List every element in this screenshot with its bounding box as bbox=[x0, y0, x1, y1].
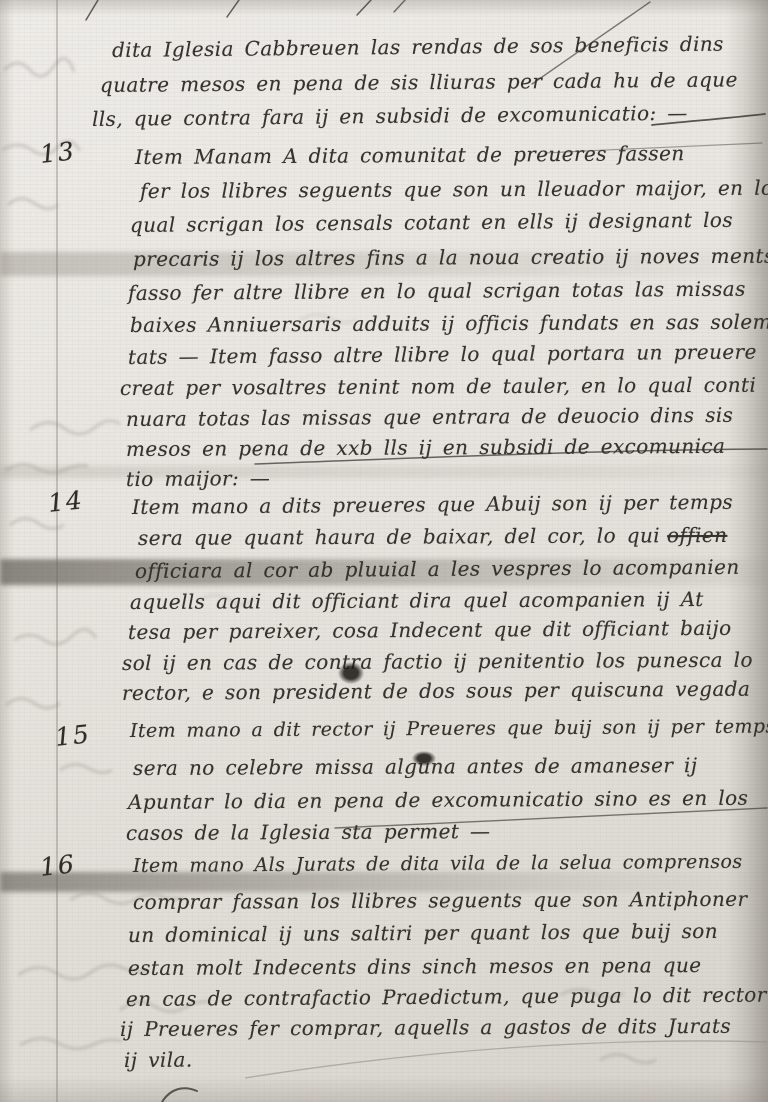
manuscript-line-text: baixes Anniuersaris adduits ij officis f… bbox=[130, 310, 768, 337]
struck-word: offien bbox=[667, 523, 727, 547]
manuscript-line: comprar fassan los llibres seguents que … bbox=[133, 887, 748, 914]
manuscript-line: nuara totas las missas que entrara de de… bbox=[126, 403, 733, 431]
manuscript-line-text: fer los llibres seguents que son un lleu… bbox=[140, 176, 768, 203]
margin-item-number-16: 16 bbox=[39, 849, 78, 882]
manuscript-line-text: dita Iglesia Cabbreuen las rendas de sos… bbox=[112, 32, 724, 62]
manuscript-line-text: Item mano Als Jurats de dita vila de la … bbox=[133, 851, 743, 877]
manuscript-line: lls, que contra fara ij en subsidi de ex… bbox=[92, 101, 688, 131]
manuscript-line: precaris ij los altres fins a la noua cr… bbox=[133, 244, 768, 271]
manuscript-line-text: rector, e son president de dos sous per … bbox=[122, 677, 750, 705]
manuscript-line: quatre mesos en pena de sis lliuras per … bbox=[100, 67, 738, 97]
manuscript-line-text: sera que quant haura de baixar, del cor,… bbox=[138, 523, 660, 550]
manuscript-line-text: sol ij en cas de contra factio ij penite… bbox=[122, 648, 753, 675]
manuscript-line: Item Manam A dita comunitat de preueres … bbox=[135, 141, 685, 169]
page-edge-shadow-top bbox=[0, 0, 768, 16]
manuscript-line-text: mesos en pena de xxb lls ij en subsidi d… bbox=[126, 434, 725, 461]
manuscript-line-text: quatre mesos en pena de sis lliuras per … bbox=[100, 67, 738, 97]
manuscript-line: tio maijor: — bbox=[126, 466, 270, 491]
manuscript-line: estan molt Indecents dins sinch mesos en… bbox=[128, 953, 702, 980]
manuscript-line-text: un dominical ij uns saltiri per quant lo… bbox=[128, 919, 718, 947]
fold-shadow-mid-light bbox=[0, 466, 768, 478]
manuscript-line-text: precaris ij los altres fins a la noua cr… bbox=[133, 244, 768, 271]
manuscript-line-text: creat per vosaltres tenint nom de tauler… bbox=[120, 373, 756, 400]
manuscript-line-text: lls, que contra fara ij en subsidi de ex… bbox=[92, 101, 688, 131]
manuscript-line: rector, e son president de dos sous per … bbox=[122, 677, 750, 705]
manuscript-line: en cas de contrafactio Praedictum, que p… bbox=[126, 983, 767, 1011]
manuscript-line-text: Item mano a dit rector ij Preueres que b… bbox=[130, 715, 768, 742]
manuscript-line: casos de la Iglesia sta permet — bbox=[126, 819, 491, 845]
manuscript-line-text: ij Preueres fer comprar, aquells a gasto… bbox=[120, 1014, 731, 1041]
manuscript-line-text: casos de la Iglesia sta permet — bbox=[126, 819, 491, 845]
margin-item-number-15: 15 bbox=[54, 719, 93, 752]
manuscript-line-text: comprar fassan los llibres seguents que … bbox=[133, 887, 748, 914]
manuscript-line: dita Iglesia Cabbreuen las rendas de sos… bbox=[112, 32, 724, 62]
manuscript-line: tesa per pareixer, cosa Indecent que dit… bbox=[128, 616, 732, 644]
manuscript-line-text: officiara al cor ab pluuial a les vespre… bbox=[135, 555, 740, 583]
manuscript-line: tats — Item fasso altre llibre lo qual p… bbox=[128, 340, 757, 369]
manuscript-line: qual scrigan los censals cotant en ells … bbox=[130, 208, 733, 237]
manuscript-line-text: tats — Item fasso altre llibre lo qual p… bbox=[128, 340, 757, 369]
manuscript-line-text: tesa per pareixer, cosa Indecent que dit… bbox=[128, 616, 732, 644]
manuscript-line-text: ij vila. bbox=[124, 1048, 193, 1072]
manuscript-line: fasso fer altre llibre en lo qual scriga… bbox=[128, 277, 746, 305]
manuscript-line: Apuntar lo dia en pena de excomunicatio … bbox=[128, 786, 748, 814]
manuscript-line: un dominical ij uns saltiri per quant lo… bbox=[128, 919, 718, 947]
manuscript-line: sol ij en cas de contra factio ij penite… bbox=[122, 648, 753, 675]
manuscript-line: ij vila. bbox=[124, 1048, 193, 1072]
manuscript-line-text: qual scrigan los censals cotant en ells … bbox=[130, 208, 733, 237]
manuscript-line: Item mano a dit rector ij Preueres que b… bbox=[130, 715, 768, 742]
manuscript-line: baixes Anniuersaris adduits ij officis f… bbox=[130, 310, 768, 337]
page-edge-shadow-left bbox=[0, 0, 14, 1102]
manuscript-page: 13 14 15 16 dita Iglesia Cabbreuen las r… bbox=[0, 0, 768, 1102]
manuscript-line: officiara al cor ab pluuial a les vespre… bbox=[135, 555, 740, 583]
margin-item-number-13: 13 bbox=[39, 136, 78, 169]
manuscript-line: fer los llibres seguents que son un lleu… bbox=[140, 176, 768, 203]
bottom-crease-line bbox=[245, 1041, 767, 1078]
manuscript-line-text: Item mano a dits preueres que Abuij son … bbox=[132, 490, 733, 519]
manuscript-line: Item mano Als Jurats de dita vila de la … bbox=[133, 851, 743, 877]
manuscript-line-text: en cas de contrafactio Praedictum, que p… bbox=[126, 983, 767, 1011]
page-edge-shadow-bottom bbox=[0, 1076, 768, 1102]
manuscript-line: Item mano a dits preueres que Abuij son … bbox=[132, 490, 733, 519]
manuscript-line-text: estan molt Indecents dins sinch mesos en… bbox=[128, 953, 702, 980]
manuscript-line: mesos en pena de xxb lls ij en subsidi d… bbox=[126, 434, 725, 461]
manuscript-line: creat per vosaltres tenint nom de tauler… bbox=[120, 373, 756, 400]
manuscript-line: ij Preueres fer comprar, aquells a gasto… bbox=[120, 1014, 731, 1041]
manuscript-line-text: Item Manam A dita comunitat de preueres … bbox=[135, 141, 685, 169]
margin-item-number-14: 14 bbox=[47, 485, 86, 518]
manuscript-line-text: aquells aqui dit officiant dira quel aco… bbox=[130, 587, 704, 614]
manuscript-line: aquells aqui dit officiant dira quel aco… bbox=[130, 587, 704, 614]
manuscript-line-text: fasso fer altre llibre en lo qual scriga… bbox=[128, 277, 746, 305]
manuscript-line: sera que quant haura de baixar, del cor,… bbox=[138, 523, 728, 550]
manuscript-line: sera no celebre missa alguna antes de am… bbox=[133, 753, 698, 780]
manuscript-line-text: sera no celebre missa alguna antes de am… bbox=[133, 753, 698, 780]
manuscript-line-text: nuara totas las missas que entrara de de… bbox=[126, 403, 733, 431]
manuscript-line-text: tio maijor: — bbox=[126, 466, 270, 491]
manuscript-line-text: Apuntar lo dia en pena de excomunicatio … bbox=[128, 786, 748, 814]
page-edge-shadow-right bbox=[726, 0, 768, 1102]
